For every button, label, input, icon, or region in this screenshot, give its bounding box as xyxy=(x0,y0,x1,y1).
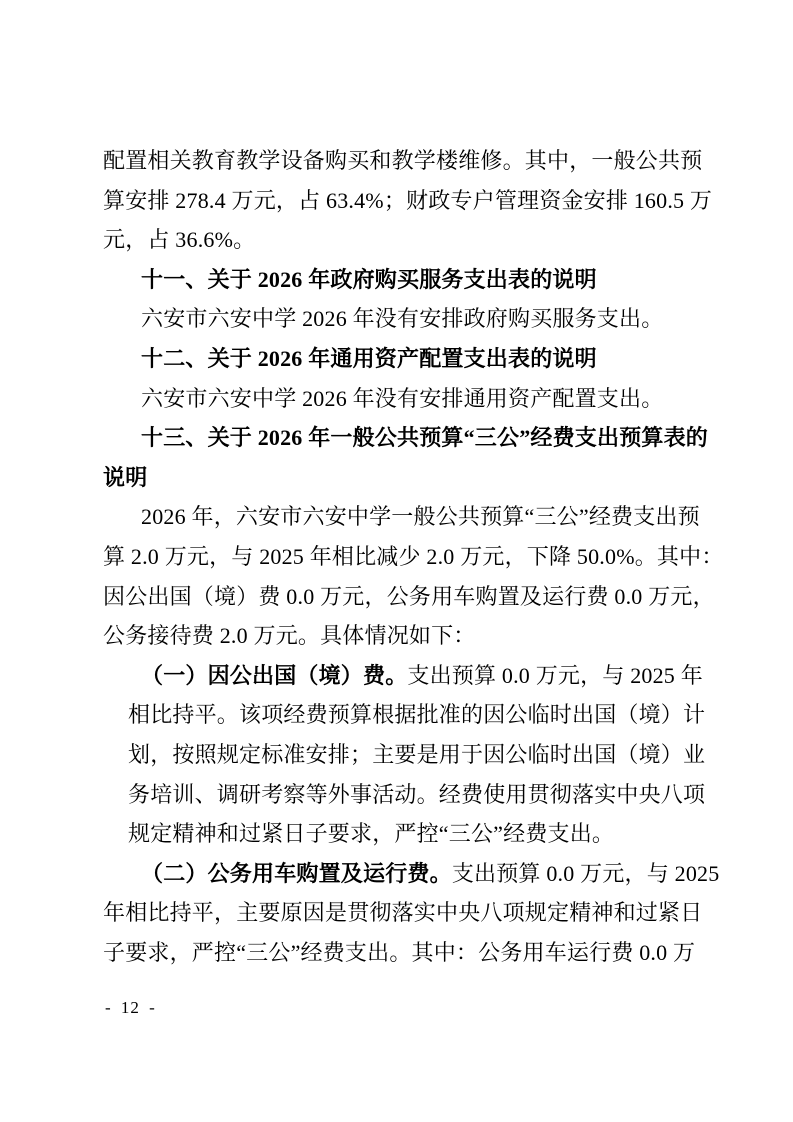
text-line: 因公出国（境）费 0.0 万元，公务用车购置及运行费 0.0 万元， xyxy=(103,577,685,617)
text-line: 六安市六安中学 2026 年没有安排通用资产配置支出。 xyxy=(103,379,685,419)
body-text: 因公出国（境）费 0.0 万元，公务用车购置及运行费 0.0 万元， xyxy=(103,584,715,609)
clause-lead-text: （一）因公出国（境）费。 xyxy=(141,663,407,688)
body-text: 支出预算 0.0 万元，与 2025 xyxy=(452,861,720,886)
text-line: 元，占 36.6%。 xyxy=(103,220,685,260)
section-heading-13: 十三、关于 2026 年一般公共预算“三公”经费支出预算表的 xyxy=(103,418,685,458)
section-heading-11: 十一、关于 2026 年政府购买服务支出表的说明 xyxy=(103,260,685,300)
text-line: 年相比持平，主要原因是贯彻落实中央八项规定精神和过紧日 xyxy=(103,893,685,933)
body-text: 元，占 36.6%。 xyxy=(103,227,255,252)
body-text: 算安排 278.4 万元，占 63.4%；财政专户管理资金安排 160.5 万 xyxy=(103,188,712,213)
body-text: 年相比持平，主要原因是贯彻落实中央八项规定精神和过紧日 xyxy=(103,900,702,925)
heading-text: 说明 xyxy=(103,465,147,490)
text-line: 算 2.0 万元，与 2025 年相比减少 2.0 万元，下降 50.0%。其中… xyxy=(103,537,685,577)
heading-text: 十二、关于 2026 年通用资产配置支出表的说明 xyxy=(141,346,597,371)
clause-lead-text: （二）公务用车购置及运行费。 xyxy=(141,861,452,886)
text-line: 算安排 278.4 万元，占 63.4%；财政专户管理资金安排 160.5 万 xyxy=(103,181,685,221)
body-text: 公务接待费 2.0 万元。具体情况如下： xyxy=(103,623,476,648)
body-text: 六安市六安中学 2026 年没有安排通用资产配置支出。 xyxy=(141,386,663,411)
clause-2-lead-line: （二）公务用车购置及运行费。支出预算 0.0 万元，与 2025 xyxy=(103,854,685,894)
text-line: 规定精神和过紧日子要求，严控“三公”经费支出。 xyxy=(103,814,685,854)
clause-1-lead-line: （一）因公出国（境）费。支出预算 0.0 万元，与 2025 年 xyxy=(103,656,685,696)
heading-text: 十三、关于 2026 年一般公共预算“三公”经费支出预算表的 xyxy=(141,425,708,450)
text-line: 配置相关教育教学设备购买和教学楼维修。其中，一般公共预 xyxy=(103,141,685,181)
document-page: 配置相关教育教学设备购买和教学楼维修。其中，一般公共预 算安排 278.4 万元… xyxy=(0,0,793,1122)
body-text: 子要求，严控“三公”经费支出。其中：公务用车运行费 0.0 万 xyxy=(103,940,695,965)
body-text: 相比持平。该项经费预算根据批准的因公临时出国（境）计 xyxy=(128,702,705,727)
body-text: 2026 年，六安市六安中学一般公共预算“三公”经费支出预 xyxy=(141,504,700,529)
heading-text: 十一、关于 2026 年政府购买服务支出表的说明 xyxy=(141,267,597,292)
document-body: 配置相关教育教学设备购买和教学楼维修。其中，一般公共预 算安排 278.4 万元… xyxy=(103,141,685,972)
body-text: 支出预算 0.0 万元，与 2025 年 xyxy=(407,663,703,688)
section-heading-12: 十二、关于 2026 年通用资产配置支出表的说明 xyxy=(103,339,685,379)
text-line: 务培训、调研考察等外事活动。经费使用贯彻落实中央八项 xyxy=(103,775,685,815)
body-text: 六安市六安中学 2026 年没有安排政府购买服务支出。 xyxy=(141,306,663,331)
body-text: 配置相关教育教学设备购买和教学楼维修。其中，一般公共预 xyxy=(103,148,702,173)
text-line: 2026 年，六安市六安中学一般公共预算“三公”经费支出预 xyxy=(103,497,685,537)
body-text: 务培训、调研考察等外事活动。经费使用贯彻落实中央八项 xyxy=(128,782,705,807)
body-text: 规定精神和过紧日子要求，严控“三公”经费支出。 xyxy=(128,821,614,846)
text-line: 划，按照规定标准安排；主要是用于因公临时出国（境）业 xyxy=(103,735,685,775)
page-number: - 12 - xyxy=(105,998,156,1018)
text-line: 相比持平。该项经费预算根据批准的因公临时出国（境）计 xyxy=(103,695,685,735)
text-line: 六安市六安中学 2026 年没有安排政府购买服务支出。 xyxy=(103,299,685,339)
section-heading-13-cont: 说明 xyxy=(103,458,685,498)
text-line: 公务接待费 2.0 万元。具体情况如下： xyxy=(103,616,685,656)
text-line: 子要求，严控“三公”经费支出。其中：公务用车运行费 0.0 万 xyxy=(103,933,685,973)
body-text: 算 2.0 万元，与 2025 年相比减少 2.0 万元，下降 50.0%。其中… xyxy=(103,544,724,569)
body-text: 划，按照规定标准安排；主要是用于因公临时出国（境）业 xyxy=(128,742,705,767)
